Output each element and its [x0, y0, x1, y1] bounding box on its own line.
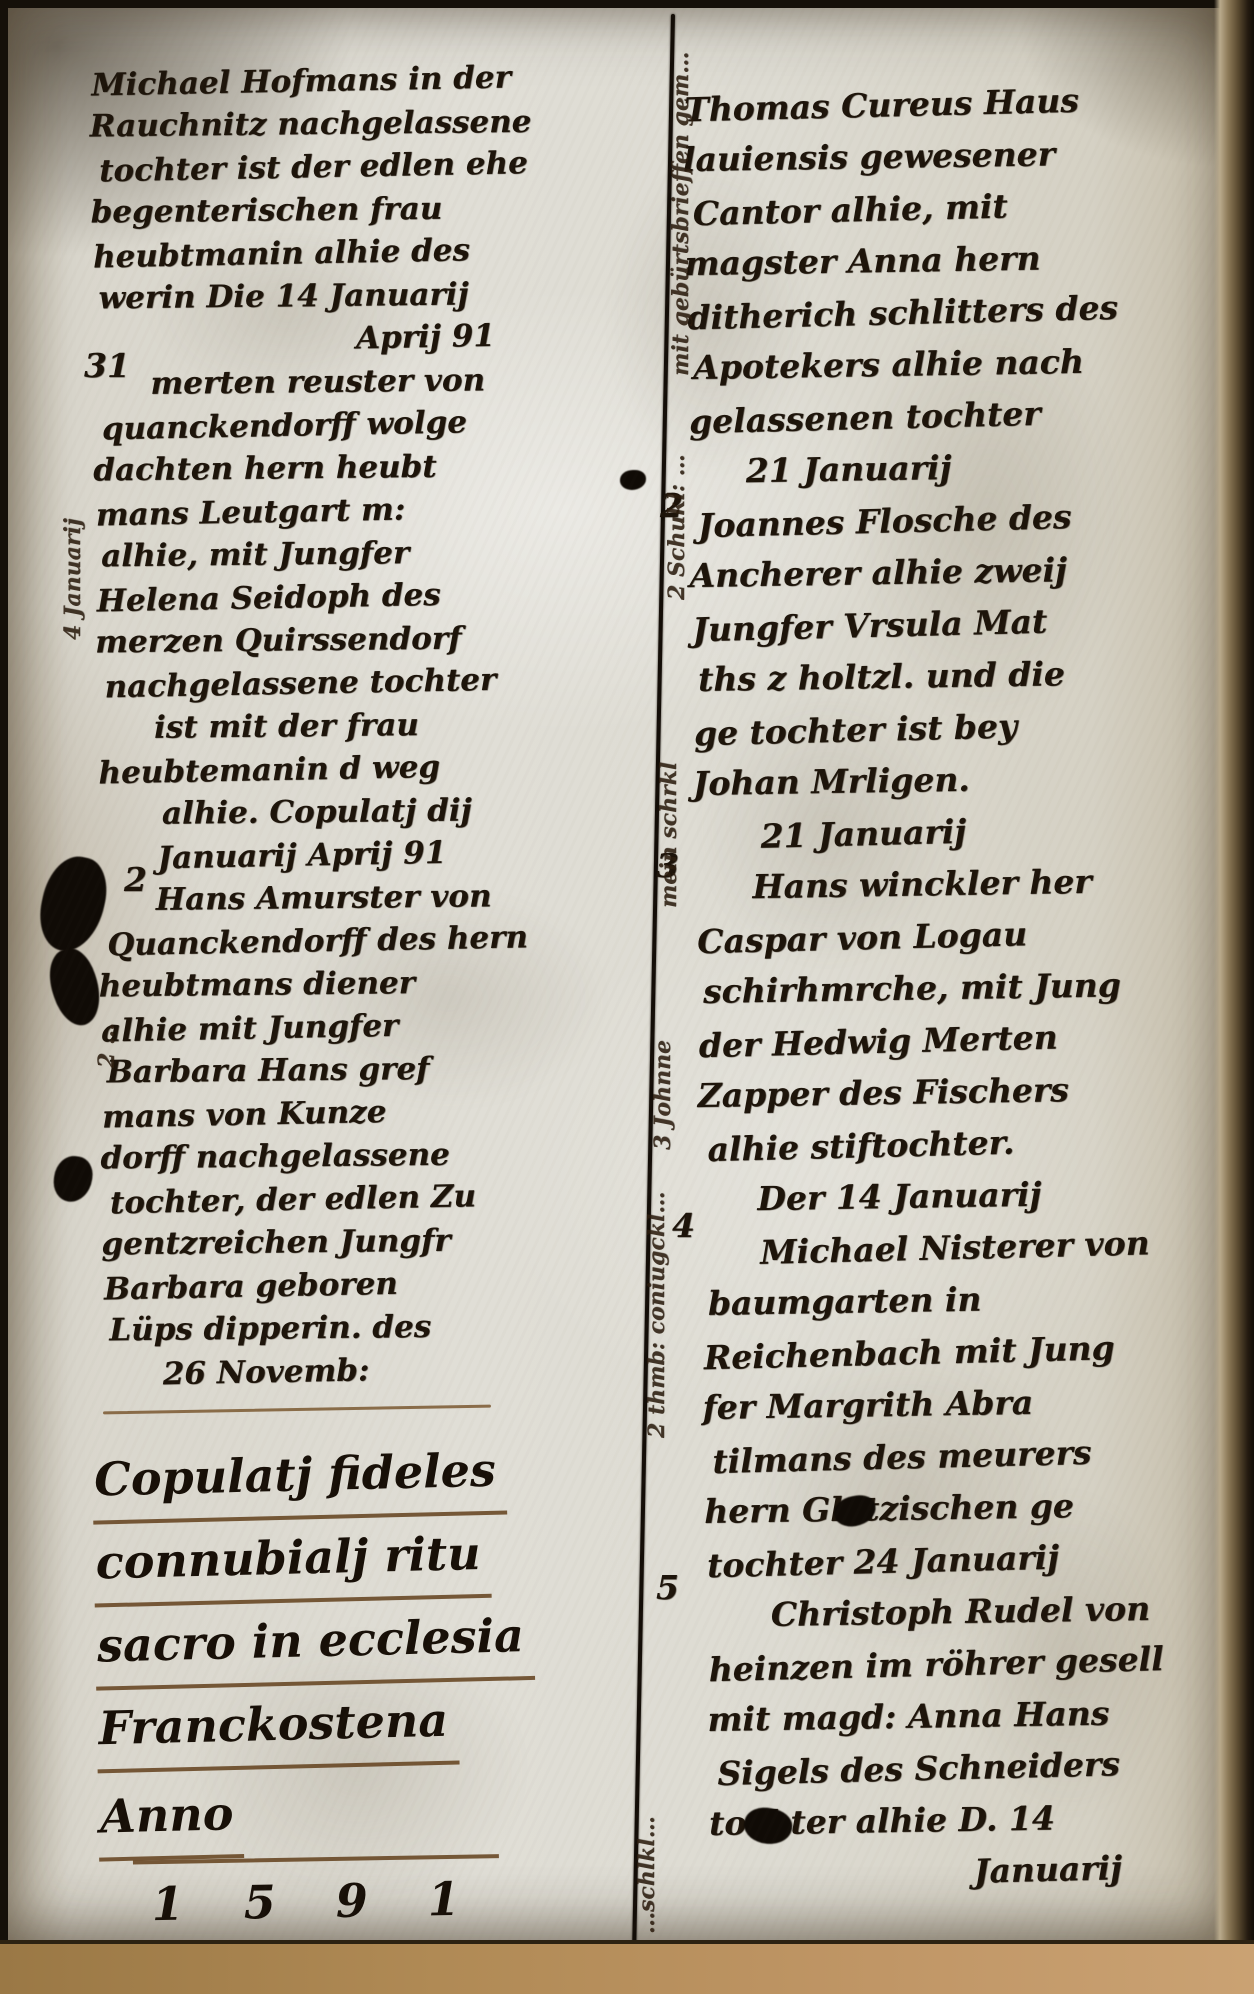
- ink-blot: [51, 1154, 95, 1205]
- entry-number: 4: [672, 1206, 695, 1245]
- heading-line: connubialj ritu: [93, 1515, 492, 1608]
- manuscript-line: dachten hern heubt: [93, 445, 563, 493]
- manuscript-line: heubtmans diener: [98, 961, 568, 1009]
- book-fore-edge: [1214, 0, 1254, 1994]
- manuscript-line: dorff nachgelassene: [100, 1133, 570, 1181]
- margin-note: mit gebürtsbrieffen gem…: [668, 52, 694, 376]
- manuscript-line: Helena Seidoph des: [96, 571, 567, 623]
- anno-label: Anno: [97, 1775, 244, 1862]
- anno-year: 1 5 9 1: [133, 1854, 501, 1950]
- heading-line: sacro in ecclesia: [94, 1597, 535, 1691]
- table-surface: [0, 1940, 1254, 1994]
- manuscript-line: merten reuster von: [92, 359, 562, 407]
- manuscript-line: alhie. Copulatj dij: [104, 789, 567, 837]
- margin-note: 2 Schukl: …: [664, 454, 690, 600]
- manuscript-photo: Michael Hofmans in derRauchnitz nachgela…: [0, 0, 1254, 1994]
- margin-note: 3 Johnne: [650, 1040, 676, 1150]
- manuscript-line: alhie, mit Jungfer: [101, 531, 564, 579]
- manuscript-line: alhie mit Jungfer: [101, 1001, 572, 1053]
- manuscript-line: Rauchnitz nachgelassene: [89, 101, 559, 149]
- manuscript-line: Hans Amurster von: [98, 875, 568, 923]
- manuscript-line: Quanckendorff des hern: [107, 915, 571, 967]
- margin-note: 2 thmb: coniugckl…: [644, 1192, 670, 1438]
- manuscript-line: tochter, der edlen Zu: [110, 1173, 574, 1225]
- manuscript-line: heubtemanin d weg: [98, 743, 569, 795]
- manuscript-line: tochter ist der edlen ehe: [99, 142, 563, 194]
- ink-rule: [103, 1405, 491, 1415]
- entry-number: 2: [124, 860, 147, 899]
- manuscript-line: Barbara geboren: [103, 1259, 574, 1311]
- manuscript-line: mans Leutgart m:: [95, 485, 566, 537]
- manuscript-line: merzen Quirssendorf: [95, 617, 565, 665]
- register-page: Michael Hofmans in derRauchnitz nachgela…: [8, 8, 1240, 1944]
- left-column: Michael Hofmans in derRauchnitz nachgela…: [89, 58, 573, 1396]
- manuscript-line: Lüps dipperin. des: [109, 1305, 572, 1353]
- manuscript-line: gentzreichen Jungfr: [101, 1219, 571, 1267]
- section-heading: Copulatj fideles connubialj ritu sacro i…: [92, 1432, 571, 1951]
- heading-line: Copulatj fideles: [91, 1431, 507, 1524]
- margin-note: …schlkl…: [634, 1816, 660, 1934]
- margin-note: 2 …: [94, 1023, 120, 1068]
- manuscript-line: Aprij 91: [94, 313, 565, 365]
- heading-line: Franckostena: [96, 1682, 459, 1774]
- margin-note: mein schrkl: [656, 762, 682, 908]
- entry-number: 5: [656, 1568, 679, 1607]
- ink-blot: [620, 470, 646, 490]
- right-column: Thomas Cureus Hauslauiensis gewesenerCan…: [682, 74, 1231, 1902]
- manuscript-line: mans von Kunze: [102, 1087, 573, 1139]
- anno-year-line: Anno1 5 9 1: [97, 1770, 570, 1951]
- entry-number: 31: [84, 346, 130, 385]
- manuscript-line: 26 Novemb:: [104, 1345, 575, 1397]
- manuscript-line: werin Die 14 Januarij: [98, 273, 561, 321]
- manuscript-line: ist mit der frau: [96, 703, 566, 751]
- manuscript-line: quanckendorff wolge: [101, 400, 565, 452]
- manuscript-line: Januarij Aprij 91: [99, 829, 570, 881]
- manuscript-line: Michael Hofmans in der: [91, 55, 562, 107]
- margin-note: 4 Januarij: [60, 518, 86, 640]
- manuscript-line: Januarij: [711, 1839, 1232, 1904]
- manuscript-line: Barbara Hans gref: [106, 1047, 569, 1095]
- manuscript-line: begenterischen frau: [90, 187, 560, 235]
- manuscript-line: heubtmanin alhie des: [93, 227, 564, 279]
- manuscript-line: nachgelassene tochter: [104, 657, 568, 709]
